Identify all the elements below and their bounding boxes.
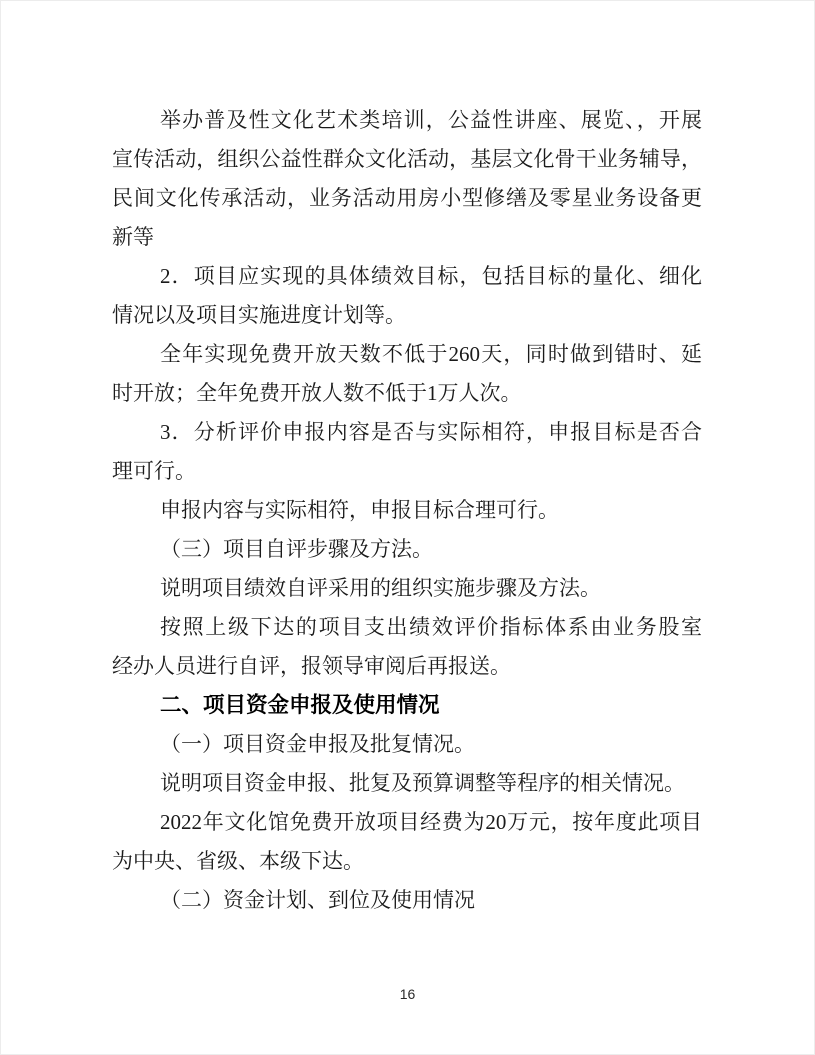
text-line: （二）资金计划、到位及使用情况: [112, 881, 702, 920]
paragraph-free-open-activities: 举办普及性文化艺术类培训，公益性讲座、展览、，开展 宣传活动，组织公益性群众文化…: [112, 101, 702, 257]
paragraph-subheading-self-eval-steps: （三）项目自评步骤及方法。: [112, 530, 702, 569]
paragraph-item-3-analysis: 3．分析评价申报内容是否与实际相符，申报目标是否合 理可行。: [112, 413, 702, 491]
text-line: 新等: [112, 218, 702, 257]
paragraph-explain-self-eval-method: 说明项目绩效自评采用的组织实施步骤及方法。: [112, 569, 702, 608]
section-heading-text: 二、项目资金申报及使用情况: [112, 686, 702, 725]
text-line: 按照上级下达的项目支出绩效评价指标体系由业务股室: [112, 608, 702, 647]
document-body: 举办普及性文化艺术类培训，公益性讲座、展览、，开展 宣传活动，组织公益性群众文化…: [112, 101, 702, 920]
paragraph-declaration-matches: 申报内容与实际相符，申报目标合理可行。: [112, 491, 702, 530]
text-line: （一）项目资金申报及批复情况。: [112, 725, 702, 764]
text-line: 民间文化传承活动，业务活动用房小型修缮及零星业务设备更: [112, 179, 702, 218]
text-line: 时开放；全年免费开放人数不低于1万人次。: [112, 374, 702, 413]
text-line: 举办普及性文化艺术类培训，公益性讲座、展览、，开展: [112, 101, 702, 140]
text-line: 申报内容与实际相符，申报目标合理可行。: [112, 491, 702, 530]
text-line: 经办人员进行自评，报领导审阅后再报送。: [112, 647, 702, 686]
paragraph-subheading-fund-usage: （二）资金计划、到位及使用情况: [112, 881, 702, 920]
text-line: 2．项目应实现的具体绩效目标，包括目标的量化、细化: [112, 257, 702, 296]
text-line: 情况以及项目实施进度计划等。: [112, 296, 702, 335]
paragraph-self-eval-procedure: 按照上级下达的项目支出绩效评价指标体系由业务股室 经办人员进行自评，报领导审阅后…: [112, 608, 702, 686]
paragraph-item-2-performance-goals: 2．项目应实现的具体绩效目标，包括目标的量化、细化 情况以及项目实施进度计划等。: [112, 257, 702, 335]
text-line: 说明项目绩效自评采用的组织实施步骤及方法。: [112, 569, 702, 608]
paragraph-subheading-fund-declaration: （一）项目资金申报及批复情况。: [112, 725, 702, 764]
text-line: 宣传活动，组织公益性群众文化活动，基层文化骨干业务辅导，: [112, 140, 702, 179]
section-heading-funds: 二、项目资金申报及使用情况: [112, 686, 702, 725]
document-page: 举办普及性文化艺术类培训，公益性讲座、展览、，开展 宣传活动，组织公益性群众文化…: [0, 0, 815, 1055]
text-line: 全年实现免费开放天数不低于260天，同时做到错时、延: [112, 335, 702, 374]
page-number: 16: [0, 986, 815, 1002]
text-line: 为中央、省级、本级下达。: [112, 842, 702, 881]
paragraph-2022-funding-amount: 2022年文化馆免费开放项目经费为20万元，按年度此项目 为中央、省级、本级下达…: [112, 803, 702, 881]
text-line: （三）项目自评步骤及方法。: [112, 530, 702, 569]
paragraph-explain-fund-procedures: 说明项目资金申报、批复及预算调整等程序的相关情况。: [112, 764, 702, 803]
text-line: 2022年文化馆免费开放项目经费为20万元，按年度此项目: [112, 803, 702, 842]
text-line: 3．分析评价申报内容是否与实际相符，申报目标是否合: [112, 413, 702, 452]
paragraph-open-days-target: 全年实现免费开放天数不低于260天，同时做到错时、延 时开放；全年免费开放人数不…: [112, 335, 702, 413]
text-line: 说明项目资金申报、批复及预算调整等程序的相关情况。: [112, 764, 702, 803]
text-line: 理可行。: [112, 452, 702, 491]
